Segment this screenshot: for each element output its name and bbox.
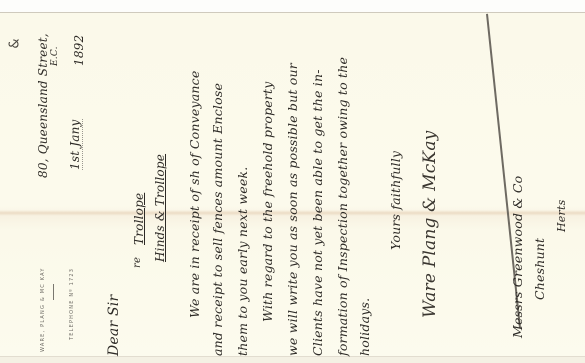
scan-margin	[0, 0, 585, 12]
addressee-line2: Cheshunt	[532, 238, 547, 300]
body-line-7: formation of Inspection together owing t…	[335, 57, 350, 356]
letterhead-divider	[53, 284, 54, 300]
header-address: 80, Queensland Street,	[36, 33, 50, 178]
body-line-5: we will write you as soon as possible bu…	[285, 63, 300, 356]
signature: Ware Plang & McKay	[420, 131, 440, 318]
body-line-1: We are in receipt of sh of Conveyance	[187, 71, 202, 318]
addressee-line3: Herts	[555, 200, 568, 232]
paper-bottom-edge	[0, 356, 585, 363]
body-line-2: and receipt to sell fences amount Enclos…	[210, 83, 225, 356]
body-line-4: With regard to the freehold property	[260, 81, 275, 322]
closing: Yours faithfully	[388, 151, 403, 250]
reference-line2: Hinds & Trollope	[153, 154, 167, 262]
header-address-suffix: E.C.	[50, 46, 60, 66]
letterhead-firm: WARE, PLANG & MC KAY	[40, 267, 46, 352]
body-line-8: holidays.	[357, 298, 372, 356]
body-line-6: Clients have not yet been able to get th…	[310, 69, 325, 356]
salutation: Dear Sir	[106, 295, 122, 356]
letterhead-telephone: TELEPHONE Nº 1723	[69, 268, 75, 340]
reference-prefix: re	[132, 257, 143, 268]
addressee-line1: Messrs Greenwood & Co	[510, 176, 525, 338]
header-date-day: 1st Jany	[68, 119, 83, 170]
body-line-3: them to you early next week.	[235, 167, 250, 356]
reference-line1: Trollope	[132, 193, 146, 245]
corner-mark-icon: &	[8, 38, 23, 48]
header-date-year: 1892	[72, 35, 86, 66]
